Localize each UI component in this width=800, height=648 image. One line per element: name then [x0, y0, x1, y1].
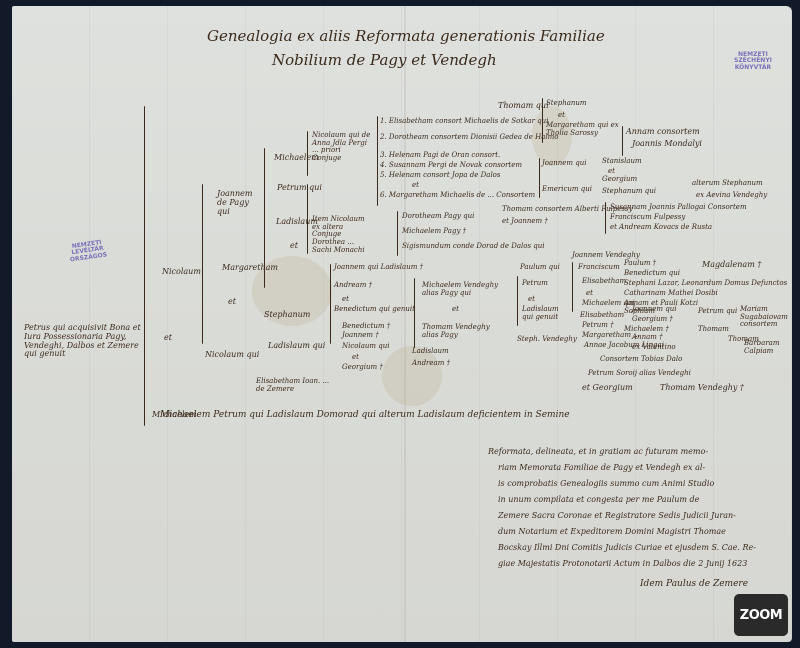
gen4-petrum-qui: Petrum qui: [277, 184, 322, 193]
gen2-nicolaum: Nicolaum: [162, 268, 201, 277]
zoom-logo-text: ZOOM: [740, 608, 782, 623]
signature: Idem Paulus de Zemere: [640, 580, 748, 590]
brace: [572, 262, 573, 312]
person: Paulum †: [624, 260, 656, 268]
gen3-joannem-de-pagy: Joannem de Pagy qui: [217, 190, 257, 216]
conjunction-et: et: [452, 306, 459, 314]
person: et Georgium: [582, 384, 633, 393]
attestation-line: is comprobatis Genealogiis summo cum Ani…: [498, 480, 714, 489]
person: Annam consortem: [626, 128, 700, 137]
conjunction-et: et: [290, 242, 298, 251]
gen2-nicolaum-qui: Nicolaum qui: [205, 351, 259, 360]
gen4-note-second-wife: Item Nicolaum ex altera Conjuge Dorothea…: [312, 216, 372, 254]
brace: [517, 276, 518, 326]
daughter-6: 6. Margaretham Michaelis de ... Consorte…: [380, 192, 535, 200]
person: Annae Jacobum Lingai: [584, 342, 664, 350]
middle-brace: [397, 211, 398, 256]
person: Consortem Tobias Dalo: [600, 356, 682, 364]
person: Magdalenam †: [702, 261, 761, 270]
person: Stephanum: [546, 100, 587, 108]
person: Emericum qui: [542, 186, 592, 194]
person: Elisabetham: [582, 278, 626, 286]
person: Georgium: [602, 176, 637, 184]
person: Ladislaum: [412, 348, 449, 356]
person: alterum Stephanum: [692, 180, 763, 188]
brace: [622, 126, 623, 156]
daughter-1: 1. Elisabetham consort Michaelis de Sotk…: [380, 118, 548, 126]
archive-stamp-left: NEMZETI LEVÉLTÁR ORSZÁGOS: [68, 239, 108, 263]
attestation-line: Reformata, delineata, et in gratiam ac f…: [488, 448, 708, 457]
person: Thomam Vendeghy alias Pagy: [422, 324, 502, 339]
conjunction-et: et: [528, 296, 535, 304]
person: Andream †: [412, 360, 450, 368]
person: et Andream Kovacs de Rusta: [610, 224, 712, 232]
gen4-note-first-wife: Nicolaum qui de Anna Jdla Pergi ... prio…: [312, 132, 372, 163]
person: ex Aevina Vendeghy: [696, 192, 767, 200]
gen3-elisabetham: Elisabetham Ioan. ... de Zemere: [256, 378, 336, 393]
person: Michaelem Pagy †: [402, 228, 466, 236]
gen3-margaretham: Margaretham: [222, 264, 278, 273]
person: Benedictum qui genuit: [334, 306, 415, 314]
person: Stanislaum: [602, 158, 642, 166]
zoom-watermark-button[interactable]: ZOOM: [734, 594, 788, 636]
gen3-brace: [264, 148, 265, 288]
root-brace: [144, 106, 145, 426]
gen3-ladislaum-qui: Ladislaum qui: [268, 342, 325, 351]
document-title-line-2: Nobilium de Pagy et Vendegh: [272, 52, 497, 69]
michaelem-descendants-line: Michaelem Petrum qui Ladislaum Domorad q…: [160, 411, 570, 421]
person: Joannis Mondalyi: [632, 140, 702, 149]
person: Elisabetham: [580, 312, 624, 320]
person: Nicolaum qui: [342, 343, 390, 351]
person: Franciscum: [578, 264, 620, 272]
person: Petrum: [522, 280, 548, 288]
archive-stamp-right: NEMZETI SZÉCHÉNYI KÖNYVTÁR: [734, 52, 772, 71]
person: Benedictum †: [342, 323, 390, 331]
person: Mariam Sugabaiovam consortem: [740, 306, 790, 329]
conjunction-et: et: [342, 296, 349, 304]
brace: [542, 98, 543, 143]
person: Stephani Lazar, Leonardum Domus Defuncto…: [624, 280, 787, 288]
person: Paulum qui: [520, 264, 560, 272]
person: Joannem qui: [542, 160, 586, 168]
brace: [539, 158, 540, 198]
conjunction-et: et: [586, 290, 593, 298]
conjunction-et: et: [412, 182, 419, 190]
person: Sigismundum conde Dorad de Dalos qui: [402, 243, 545, 251]
attestation-line: riam Memorata Familiae de Pagy et Vendeg…: [498, 464, 705, 473]
person: Joannem qui: [632, 306, 676, 314]
person: Joannem †: [342, 332, 379, 340]
conjunction-et: et: [558, 112, 565, 120]
root-ancestor-petrus: Petrus qui acquisivit Bona et Iura Posse…: [24, 324, 144, 359]
person: Petrum Soroij alias Vendeghi: [588, 370, 691, 378]
attestation-line: dum Notarium et Expeditorem Domini Magis…: [498, 528, 726, 537]
person: Catharinam Mathei Dosibi: [624, 290, 718, 298]
person: Susannam Joannis Pallogai Consortem: [610, 204, 747, 212]
manuscript-sheet: Genealogia ex aliis Reformata generation…: [12, 6, 792, 642]
conjunction-et: et: [164, 334, 172, 343]
person: Thomam Vendeghy †: [660, 384, 744, 393]
gen3-stephanum: Stephanum: [264, 311, 310, 320]
person: Benedictum qui: [624, 270, 680, 278]
person: Petrum †: [582, 322, 614, 330]
person: Barbaram Calpiam: [744, 340, 794, 355]
attestation-line: Bocskay Illmi Dni Comitis Judicis Curiae…: [498, 544, 756, 553]
person: Franciscum Fulpessy: [610, 214, 685, 222]
gen2-brace: [202, 184, 203, 344]
conjunction-et: et: [228, 298, 236, 307]
person: Steph. Vendeghy: [517, 336, 577, 344]
attestation-line: Zemere Sacra Coronae et Registratore Sed…: [498, 512, 736, 521]
person: Thomam: [698, 326, 729, 334]
document-title-line-1: Genealogia ex aliis Reformata generation…: [207, 28, 605, 45]
person: Petrum qui: [698, 308, 737, 316]
person: Georgium †: [342, 364, 383, 372]
person: Andream †: [334, 282, 372, 290]
brace: [605, 202, 606, 234]
person: Stephanum qui: [602, 188, 656, 196]
daughter-3: 3. Helenam Pagi de Oran consort.: [380, 152, 500, 160]
daughter-4: 4. Susannam Pergi de Novak consortem: [380, 162, 522, 170]
attestation-line: giae Majestatis Protonotarii Actum in Da…: [498, 560, 747, 569]
stephanum-brace: [330, 264, 331, 344]
person: Michaelem Vendeghy alias Pagy qui: [422, 282, 502, 297]
person: Joannem qui Ladislaum †: [334, 264, 423, 272]
daughter-5: 5. Helenam consort Jopa de Dalos: [380, 172, 501, 180]
wives-brace: [377, 116, 378, 206]
daughter-2: 2. Dorotheam consortem Dionisii Gedea de…: [380, 134, 559, 142]
brace: [414, 278, 415, 348]
stamp-line: KÖNYVTÁR: [734, 65, 772, 71]
person: Georgium †: [632, 316, 673, 324]
gen4-brace: [307, 184, 308, 254]
person: et Joannem †: [502, 218, 548, 226]
attestation-line: in unum compilata et congesta per me Pau…: [498, 496, 699, 505]
person: Dorotheam Pagy qui: [402, 213, 474, 221]
person: Margaretham qui ex Tholia Sarossy: [546, 122, 626, 137]
gen4-brace: [307, 131, 308, 176]
person: Ladislaum qui genuit: [522, 306, 572, 321]
conjunction-et: et: [352, 354, 359, 362]
